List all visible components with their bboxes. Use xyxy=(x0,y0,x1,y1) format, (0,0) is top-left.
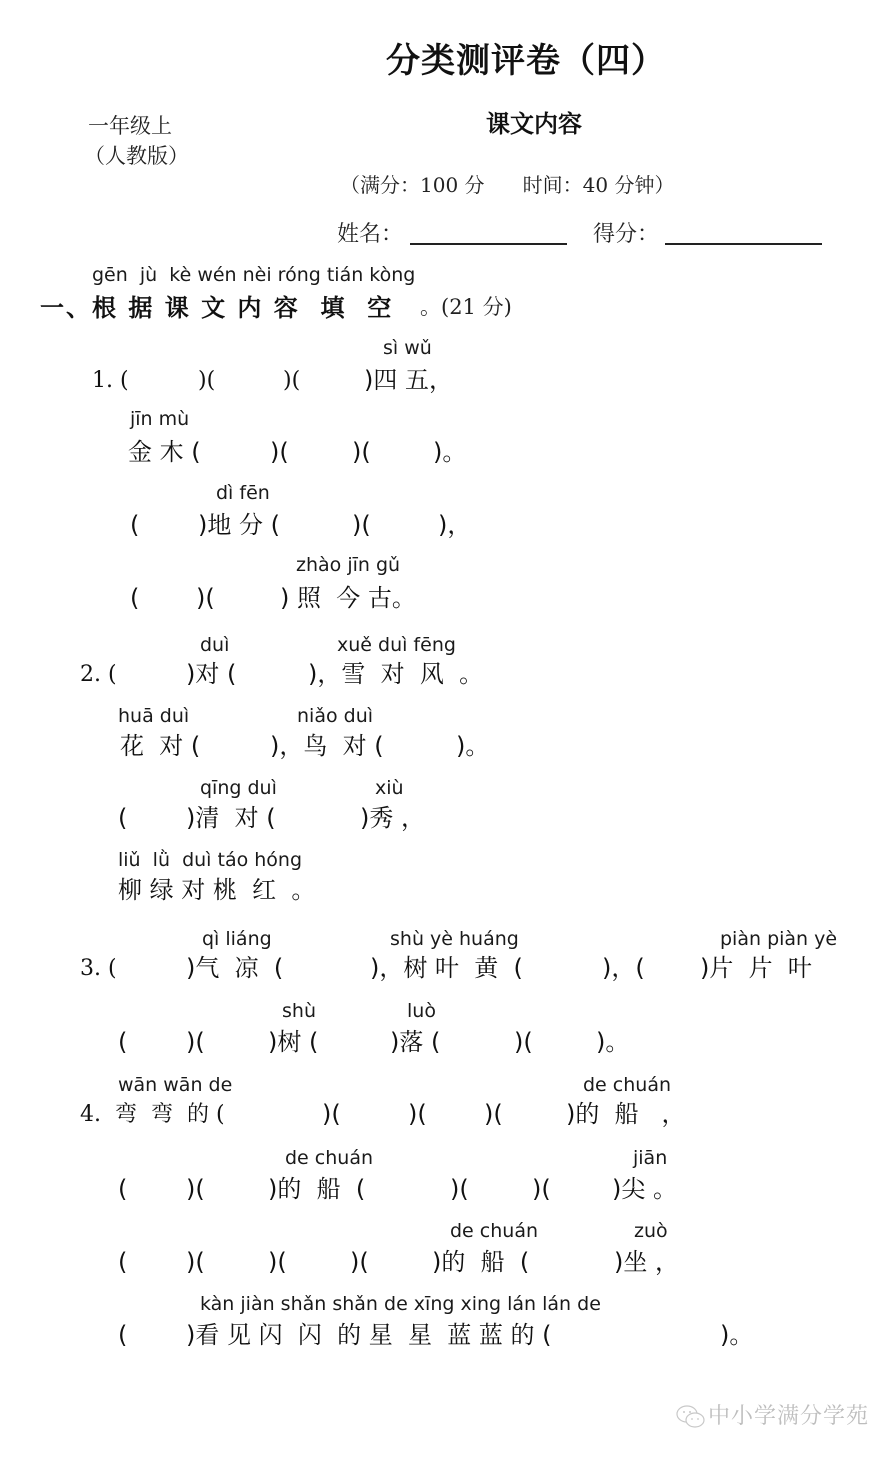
q3-line1-a[interactable]: 3. ( xyxy=(80,958,117,980)
q4-line3-b[interactable]: )( xyxy=(186,1250,205,1274)
pinyin: huā duì xyxy=(118,707,189,726)
q4-line2-d[interactable]: )( xyxy=(450,1177,469,1201)
pinyin: qì liáng xyxy=(202,930,272,949)
q1-line4-a[interactable]: ( xyxy=(130,586,139,610)
q4-line2-f: )尖 。 xyxy=(612,1177,677,1201)
pinyin: de chuán xyxy=(583,1076,671,1095)
q1-line2-c[interactable]: )( xyxy=(352,440,371,464)
score-info: （满分：100 分 时间：40 分钟） xyxy=(340,175,674,195)
q2-line1-b[interactable]: )对 ( xyxy=(186,662,236,686)
q4-line2-a[interactable]: ( xyxy=(118,1177,127,1201)
q4-line3-c[interactable]: )( xyxy=(268,1250,287,1274)
page-title: 分类测评卷（四） xyxy=(386,44,666,78)
q1-line1-c[interactable]: )( xyxy=(283,370,300,392)
q4-line3-a[interactable]: ( xyxy=(118,1250,127,1274)
q3-line2-c[interactable]: )树 ( xyxy=(268,1030,318,1054)
pinyin: de chuán xyxy=(285,1149,373,1168)
q3-line1-b[interactable]: )气 凉 ( xyxy=(186,956,283,980)
name-label: 姓名： xyxy=(337,224,403,246)
pinyin: xuě duì fēng xyxy=(337,636,456,655)
q4-line1-a[interactable]: 4. 弯 弯 的 ( xyxy=(80,1104,225,1126)
pinyin: kàn jiàn shǎn shǎn de xīng xing lán lán … xyxy=(200,1295,601,1314)
q1-line3-c[interactable]: )( xyxy=(352,513,371,537)
q1-line1-a: 1. ( xyxy=(92,370,129,392)
pinyin: shù yè huáng xyxy=(390,930,519,949)
q3-line2-b[interactable]: )( xyxy=(186,1030,205,1054)
score-field[interactable] xyxy=(665,243,822,245)
pinyin: shù xyxy=(282,1002,316,1021)
pinyin: jiān xyxy=(633,1149,667,1168)
q2-line3-a[interactable]: ( xyxy=(118,806,127,830)
q1-line2-d: )。 xyxy=(433,440,466,464)
q1-line3-a[interactable]: ( xyxy=(130,513,139,537)
q2-line3-b[interactable]: )清 对 ( xyxy=(186,806,276,830)
q4-line3-f: )坐 ， xyxy=(614,1250,679,1274)
q4-line1-d[interactable]: )( xyxy=(484,1102,503,1126)
q1-line3-b[interactable]: )地 分 ( xyxy=(198,513,280,537)
wechat-icon xyxy=(676,1405,706,1429)
q4-line3-d[interactable]: )( xyxy=(350,1250,369,1274)
score-label: 得分： xyxy=(593,224,659,246)
q2-line1-a[interactable]: 2. ( xyxy=(80,664,117,686)
section-title: 一、根 据 课 文 内 容 填 空 xyxy=(40,296,393,320)
q4-line1-c[interactable]: )( xyxy=(408,1102,427,1126)
subtitle: 课文内容 xyxy=(486,112,582,136)
name-field[interactable] xyxy=(410,243,567,245)
q3-line1-d[interactable]: )，( xyxy=(602,956,645,980)
q1-line2-a[interactable]: 金 木 ( xyxy=(128,440,201,464)
pinyin: qīng duì xyxy=(200,779,277,798)
q2-line1-c: )，雪 对 风 。 xyxy=(308,662,483,686)
pinyin: liǔ lǜ duì táo hóng xyxy=(118,851,302,870)
q1-line1-b[interactable]: )( xyxy=(198,370,215,392)
q2-line2-a[interactable]: 花 对 ( xyxy=(120,734,200,758)
q3-line2-f: )。 xyxy=(596,1030,629,1054)
q4-line2-e[interactable]: )( xyxy=(532,1177,551,1201)
watermark-text: 中小学满分学苑 xyxy=(708,1406,869,1428)
q3-line2-a[interactable]: ( xyxy=(118,1030,127,1054)
q4-line1-e: )的 船 ， xyxy=(566,1102,686,1126)
q3-line2-e[interactable]: )( xyxy=(514,1030,533,1054)
q4-line4-a[interactable]: ( xyxy=(118,1323,127,1347)
section-points: 。(21 分) xyxy=(420,297,512,318)
pinyin: xiù xyxy=(375,779,404,798)
pinyin: niǎo duì xyxy=(297,707,373,726)
section-pinyin: gēn jù kè wén nèi róng tián kòng xyxy=(92,266,415,285)
q1-line1-d[interactable]: )四 五， xyxy=(364,368,453,392)
q4-line4-b[interactable]: )看 见 闪 闪 的 星 星 蓝 蓝 的 ( xyxy=(186,1323,552,1347)
pinyin: wān wān de xyxy=(118,1076,232,1095)
pinyin: de chuán xyxy=(450,1222,538,1241)
q3-line1-c[interactable]: )，树 叶 黄 ( xyxy=(370,956,523,980)
pinyin: jīn mù xyxy=(130,410,189,429)
q4-line1-b[interactable]: )( xyxy=(322,1102,341,1126)
pinyin: duì xyxy=(200,636,229,655)
pinyin: piàn piàn yè xyxy=(720,930,837,949)
q2-line2-b[interactable]: )，鸟 对 ( xyxy=(270,734,384,758)
q1-line4-b[interactable]: )( xyxy=(196,586,215,610)
pinyin: sì wǔ xyxy=(383,339,432,358)
q4-line2-b[interactable]: )( xyxy=(186,1177,205,1201)
pinyin: dì fēn xyxy=(216,484,270,503)
q1-line4-c: ) 照 今 古。 xyxy=(280,586,416,610)
q2-line4: 柳 绿 对 桃 红 。 xyxy=(118,878,315,902)
pinyin: zuò xyxy=(634,1222,668,1241)
q3-line1-e: )片 片 叶 xyxy=(700,956,812,980)
grade-label: 一年级上 xyxy=(88,116,172,137)
q2-line2-c: )。 xyxy=(456,734,489,758)
q4-line3-e[interactable]: )的 船 ( xyxy=(432,1250,529,1274)
pinyin: luò xyxy=(407,1002,436,1021)
pinyin: zhào jīn gǔ xyxy=(296,556,400,575)
q2-line3-c: )秀 ， xyxy=(360,806,425,830)
edition-label: （人教版） xyxy=(84,146,189,167)
q4-line2-c[interactable]: )的 船 ( xyxy=(268,1177,365,1201)
q3-line2-d[interactable]: )落 ( xyxy=(390,1030,440,1054)
q4-line4-c: )。 xyxy=(720,1323,753,1347)
q1-line3-d: )， xyxy=(438,513,471,537)
q1-line2-b[interactable]: )( xyxy=(270,440,289,464)
